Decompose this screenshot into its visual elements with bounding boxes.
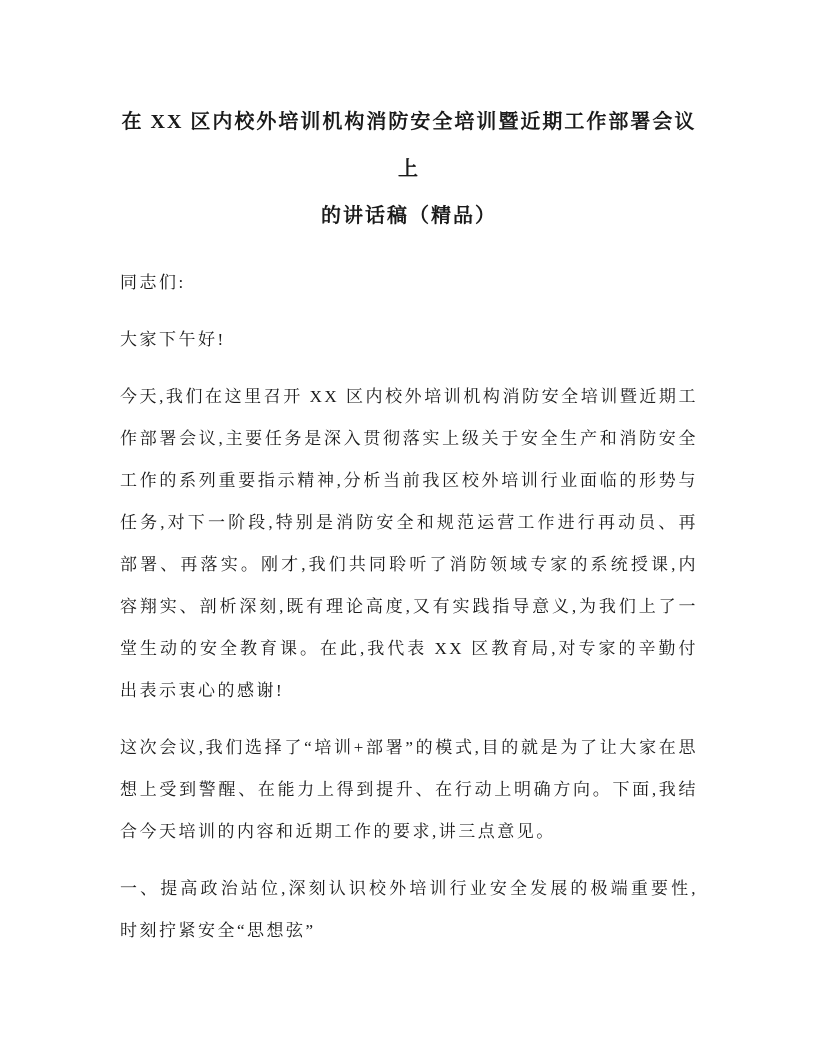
document-title-line-1: 在 XX 区内校外培训机构消防安全培训暨近期工作部署会议上 [120,99,698,193]
paragraph-section-heading-1: 一、提高政治站位,深刻认识校外培训行业安全发展的极端重要性,时刻拧紧安全“思想弦… [120,868,698,952]
document-title-line-2: 的讲话稿（精品） [120,193,698,240]
paragraph-opening: 今天,我们在这里召开 XX 区内校外培训机构消防安全培训暨近期工作部署会议,主要… [120,376,698,712]
paragraph-salutation: 同志们: [120,262,698,304]
document-title: 在 XX 区内校外培训机构消防安全培训暨近期工作部署会议上 的讲话稿（精品） [120,99,698,240]
document-page: 在 XX 区内校外培训机构消防安全培训暨近期工作部署会议上 的讲话稿（精品） 同… [0,0,816,1056]
paragraph-meeting-mode: 这次会议,我们选择了“培训+部署”的模式,目的就是为了让大家在思想上受到警醒、在… [120,727,698,853]
paragraph-greeting: 大家下午好! [120,319,698,361]
document-body: 同志们: 大家下午好! 今天,我们在这里召开 XX 区内校外培训机构消防安全培训… [120,262,698,952]
